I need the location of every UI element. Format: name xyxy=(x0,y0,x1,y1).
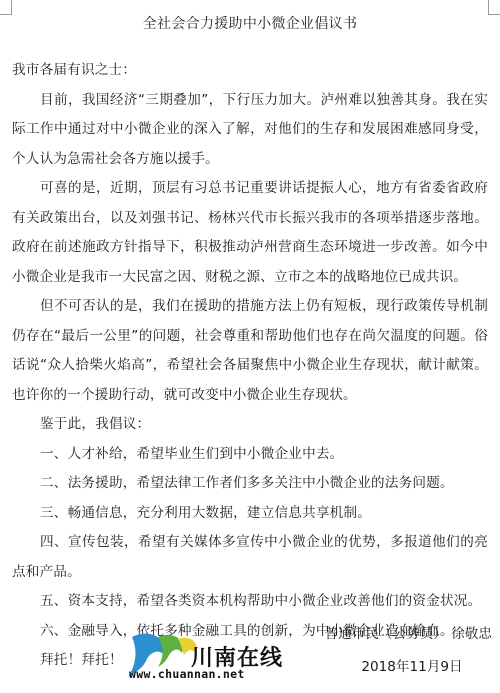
paragraph-3: 但不可否认的是，我们在援助的措施方法上仍有短板，现行政策传导机制仍存在“最后一公… xyxy=(12,292,488,410)
proposal-item-1: 一、人才补给，希望毕业生们到中小微企业中去。 xyxy=(12,440,488,470)
proposal-item-3: 三、畅通信息，充分利用大数据，建立信息共享机制。 xyxy=(12,499,488,529)
proposal-item-2: 二、法务援助，希望法律工作者们多多关注中小微企业的法务问题。 xyxy=(12,469,488,499)
document-body: 我市各届有识之士： 目前，我国经济“三期叠加”，下行压力加大。泸州难以独善其身。… xyxy=(12,56,488,676)
watermark-url: www.chuannan.net xyxy=(129,667,245,681)
paragraph-1: 目前，我国经济“三期叠加”，下行压力加大。泸州难以独善其身。我在实际工作中通过对… xyxy=(12,86,488,175)
document-title: 全社会合力援助中小微企业倡议书 xyxy=(0,13,500,33)
paragraph-2: 可喜的是，近期，顶层有习总书记重要讲话提振人心，地方有省委省政府有关政策出台，以… xyxy=(12,174,488,292)
proposal-item-4: 四、宣传包装，希望有关媒体多宣传中小微企业的优势，多报道他们的亮点和产品。 xyxy=(12,528,488,587)
signature-name: 普通市民（公务员） 徐敬忠 xyxy=(312,622,492,642)
watermark-logo: 川南在线 www.chuannan.net xyxy=(122,629,292,693)
proposal-intro: 鉴于此，我倡议： xyxy=(12,410,488,440)
signature-block: 普通市民（公务员） 徐敬忠 2018年11月9日 xyxy=(312,622,492,675)
salutation: 我市各届有识之士： xyxy=(12,56,488,86)
signature-date: 2018年11月9日 xyxy=(312,655,492,675)
proposal-item-5: 五、资本支持，希望各类资本机构帮助中小微企业改善他们的资金状况。 xyxy=(12,587,488,617)
